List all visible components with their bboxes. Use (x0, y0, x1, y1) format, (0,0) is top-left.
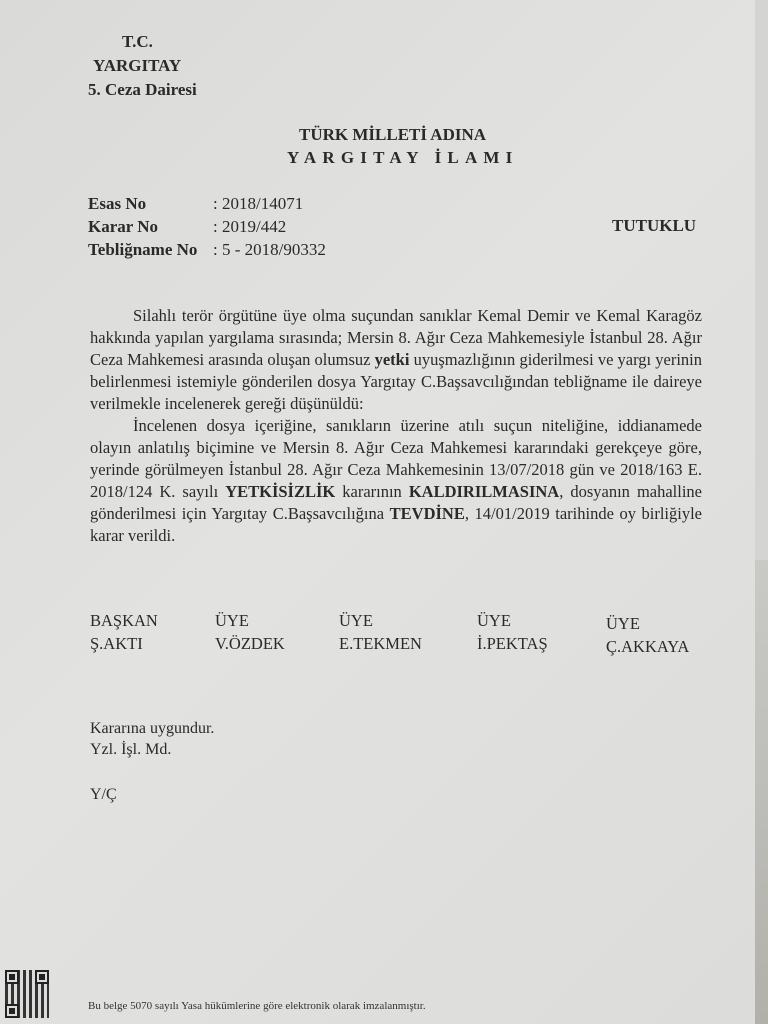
signatory-name: V.ÖZDEK (215, 632, 285, 655)
header-court: YARGITAY (93, 56, 181, 76)
meta-label: Tebliğname No (88, 238, 213, 261)
initials: Y/Ç (90, 786, 117, 804)
qr-finder (5, 1004, 19, 1018)
case-metadata: Esas No : 2018/14071 Karar No : 2019/442… (88, 192, 326, 261)
signatory-member: ÜYE Ç.AKKAYA (606, 612, 689, 658)
signatory-member: ÜYE E.TEKMEN (339, 609, 422, 655)
signatory-name: Ş.AKTI (90, 632, 158, 655)
meta-label: Esas No (88, 192, 213, 215)
emphasis: TEVDİNE (390, 504, 465, 523)
paragraph-2: İncelenen dosya içeriğine, sanıkların üz… (90, 415, 702, 547)
meta-value: : 2018/14071 (213, 192, 303, 215)
document-page: T.C. YARGITAY 5. Ceza Dairesi TÜRK MİLLE… (0, 0, 755, 1024)
meta-row-karar: Karar No : 2019/442 (88, 215, 326, 238)
meta-value: : 2019/442 (213, 215, 286, 238)
signatory-name: Ç.AKKAYA (606, 635, 689, 658)
signatory-president: BAŞKAN Ş.AKTI (90, 609, 158, 655)
signatory-role: ÜYE (215, 609, 285, 632)
emphasis: YETKİSİZLİK (225, 482, 335, 501)
detention-status: TUTUKLU (612, 216, 696, 236)
title-judgment: YARGITAY İLAMI (287, 148, 519, 168)
paragraph-1: Silahlı terör örgütüne üye olma suçundan… (90, 305, 702, 415)
signatory-member: ÜYE İ.PEKTAŞ (477, 609, 548, 655)
header-chamber: 5. Ceza Dairesi (88, 80, 197, 100)
meta-row-tebligname: Tebliğname No : 5 - 2018/90332 (88, 238, 326, 261)
title-nation: TÜRK MİLLETİ ADINA (299, 125, 486, 145)
meta-row-esas: Esas No : 2018/14071 (88, 192, 326, 215)
signatory-member: ÜYE V.ÖZDEK (215, 609, 285, 655)
signatory-name: E.TEKMEN (339, 632, 422, 655)
emphasis: KALDIRILMASINA (409, 482, 559, 501)
meta-label: Karar No (88, 215, 213, 238)
esignature-note: Bu belge 5070 sayılı Yasa hükümlerine gö… (88, 1000, 426, 1012)
qr-finder (35, 970, 49, 984)
signatory-name: İ.PEKTAŞ (477, 632, 548, 655)
qr-code-icon (5, 970, 49, 1018)
emphasis: yetki (375, 350, 410, 369)
signatory-role: ÜYE (477, 609, 548, 632)
judgment-body: Silahlı terör örgütüne üye olma suçundan… (90, 305, 702, 547)
meta-value: : 5 - 2018/90332 (213, 238, 326, 261)
signatory-role: BAŞKAN (90, 609, 158, 632)
officer-title: Yzl. İşl. Md. (90, 739, 214, 760)
conformity-text: Kararına uygundur. (90, 718, 214, 739)
header-tc: T.C. (122, 32, 153, 52)
signatory-role: ÜYE (606, 612, 689, 635)
qr-finder (5, 970, 19, 984)
signatory-role: ÜYE (339, 609, 422, 632)
text: kararının (335, 482, 409, 501)
conformity-block: Kararına uygundur. Yzl. İşl. Md. (90, 718, 214, 760)
